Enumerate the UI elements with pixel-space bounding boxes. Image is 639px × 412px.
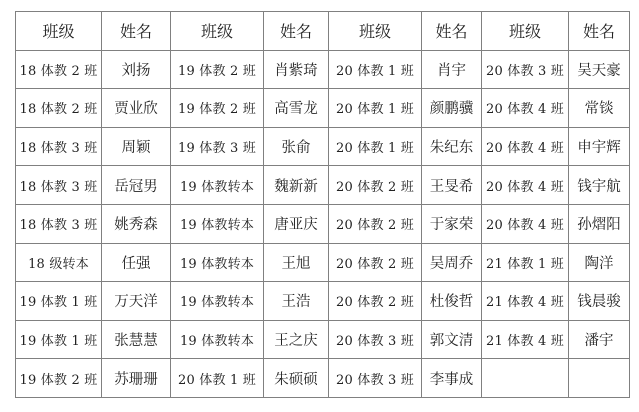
name-cell: 潘宇 (569, 320, 630, 359)
name-cell: 王旭 (264, 243, 329, 282)
class-cell: 19 体教 3 班 (171, 127, 264, 166)
class-cell: 18 体教 3 班 (16, 204, 102, 243)
name-cell: 任强 (102, 243, 171, 282)
name-cell: 唐亚庆 (264, 204, 329, 243)
name-cell: 颜鹏骥 (422, 89, 482, 128)
class-cell: 20 体教 4 班 (482, 166, 569, 205)
class-cell: 20 体教 3 班 (329, 320, 422, 359)
class-cell: 21 体教 1 班 (482, 243, 569, 282)
name-cell: 魏新新 (264, 166, 329, 205)
name-cell: 苏珊珊 (102, 359, 171, 398)
student-roster-table: 班级 姓名 班级 姓名 班级 姓名 班级 姓名 18 体教 2 班 刘扬 19 … (15, 11, 630, 398)
name-cell: 杜俊哲 (422, 282, 482, 321)
name-cell: 李事成 (422, 359, 482, 398)
name-cell: 张俞 (264, 127, 329, 166)
class-cell: 18 级转本 (16, 243, 102, 282)
name-cell: 常锬 (569, 89, 630, 128)
name-cell: 吴周乔 (422, 243, 482, 282)
header-name: 姓名 (569, 12, 630, 51)
name-cell: 张慧慧 (102, 320, 171, 359)
class-cell: 19 体教转本 (171, 204, 264, 243)
name-cell: 朱纪东 (422, 127, 482, 166)
class-cell: 19 体教 2 班 (16, 359, 102, 398)
empty-cell (569, 359, 630, 398)
header-row: 班级 姓名 班级 姓名 班级 姓名 班级 姓名 (16, 12, 630, 51)
class-cell: 18 体教 2 班 (16, 50, 102, 89)
class-cell: 21 体教 4 班 (482, 320, 569, 359)
table-row: 19 体教 1 班 万天洋 19 体教转本 王浩 20 体教 2 班 杜俊哲 2… (16, 282, 630, 321)
table-row: 18 体教 2 班 贾业欣 19 体教 2 班 高雪龙 20 体教 1 班 颜鹏… (16, 89, 630, 128)
class-cell: 20 体教 1 班 (329, 127, 422, 166)
class-cell: 19 体教 2 班 (171, 89, 264, 128)
empty-cell (482, 359, 569, 398)
class-cell: 19 体教转本 (171, 320, 264, 359)
class-cell: 19 体教 2 班 (171, 50, 264, 89)
name-cell: 申宇辉 (569, 127, 630, 166)
class-cell: 21 体教 4 班 (482, 282, 569, 321)
class-cell: 20 体教 2 班 (329, 282, 422, 321)
class-cell: 20 体教 4 班 (482, 89, 569, 128)
class-cell: 20 体教 1 班 (329, 89, 422, 128)
header-class: 班级 (16, 12, 102, 51)
name-cell: 贾业欣 (102, 89, 171, 128)
name-cell: 孙熠阳 (569, 204, 630, 243)
name-cell: 陶洋 (569, 243, 630, 282)
name-cell: 钱宇航 (569, 166, 630, 205)
table-body: 18 体教 2 班 刘扬 19 体教 2 班 肖紫琦 20 体教 1 班 肖宇 … (16, 50, 630, 397)
class-cell: 19 体教 1 班 (16, 320, 102, 359)
header-name: 姓名 (264, 12, 329, 51)
name-cell: 周颖 (102, 127, 171, 166)
class-cell: 20 体教 2 班 (329, 243, 422, 282)
name-cell: 郭文清 (422, 320, 482, 359)
class-cell: 20 体教 3 班 (329, 359, 422, 398)
header-class: 班级 (482, 12, 569, 51)
class-cell: 20 体教 2 班 (329, 204, 422, 243)
name-cell: 王旻希 (422, 166, 482, 205)
name-cell: 肖紫琦 (264, 50, 329, 89)
table-row: 19 体教 2 班 苏珊珊 20 体教 1 班 朱硕硕 20 体教 3 班 李事… (16, 359, 630, 398)
name-cell: 王浩 (264, 282, 329, 321)
class-cell: 20 体教 3 班 (482, 50, 569, 89)
name-cell: 王之庆 (264, 320, 329, 359)
name-cell: 姚秀森 (102, 204, 171, 243)
class-cell: 20 体教 2 班 (329, 166, 422, 205)
class-cell: 20 体教 1 班 (171, 359, 264, 398)
table-row: 18 体教 3 班 周颖 19 体教 3 班 张俞 20 体教 1 班 朱纪东 … (16, 127, 630, 166)
class-cell: 18 体教 3 班 (16, 166, 102, 205)
name-cell: 肖宇 (422, 50, 482, 89)
table-row: 18 体教 3 班 姚秀森 19 体教转本 唐亚庆 20 体教 2 班 于家荣 … (16, 204, 630, 243)
class-cell: 20 体教 1 班 (329, 50, 422, 89)
table-row: 18 体教 3 班 岳冠男 19 体教转本 魏新新 20 体教 2 班 王旻希 … (16, 166, 630, 205)
header-name: 姓名 (422, 12, 482, 51)
class-cell: 19 体教转本 (171, 166, 264, 205)
class-cell: 18 体教 3 班 (16, 127, 102, 166)
class-cell: 19 体教 1 班 (16, 282, 102, 321)
header-class: 班级 (329, 12, 422, 51)
class-cell: 19 体教转本 (171, 282, 264, 321)
class-cell: 19 体教转本 (171, 243, 264, 282)
class-cell: 20 体教 4 班 (482, 127, 569, 166)
header-class: 班级 (171, 12, 264, 51)
name-cell: 吴天豪 (569, 50, 630, 89)
name-cell: 钱晨骏 (569, 282, 630, 321)
name-cell: 岳冠男 (102, 166, 171, 205)
name-cell: 高雪龙 (264, 89, 329, 128)
name-cell: 朱硕硕 (264, 359, 329, 398)
class-cell: 20 体教 4 班 (482, 204, 569, 243)
name-cell: 万天洋 (102, 282, 171, 321)
table-row: 18 体教 2 班 刘扬 19 体教 2 班 肖紫琦 20 体教 1 班 肖宇 … (16, 50, 630, 89)
header-name: 姓名 (102, 12, 171, 51)
table-row: 19 体教 1 班 张慧慧 19 体教转本 王之庆 20 体教 3 班 郭文清 … (16, 320, 630, 359)
class-cell: 18 体教 2 班 (16, 89, 102, 128)
name-cell: 于家荣 (422, 204, 482, 243)
name-cell: 刘扬 (102, 50, 171, 89)
table-row: 18 级转本 任强 19 体教转本 王旭 20 体教 2 班 吴周乔 21 体教… (16, 243, 630, 282)
